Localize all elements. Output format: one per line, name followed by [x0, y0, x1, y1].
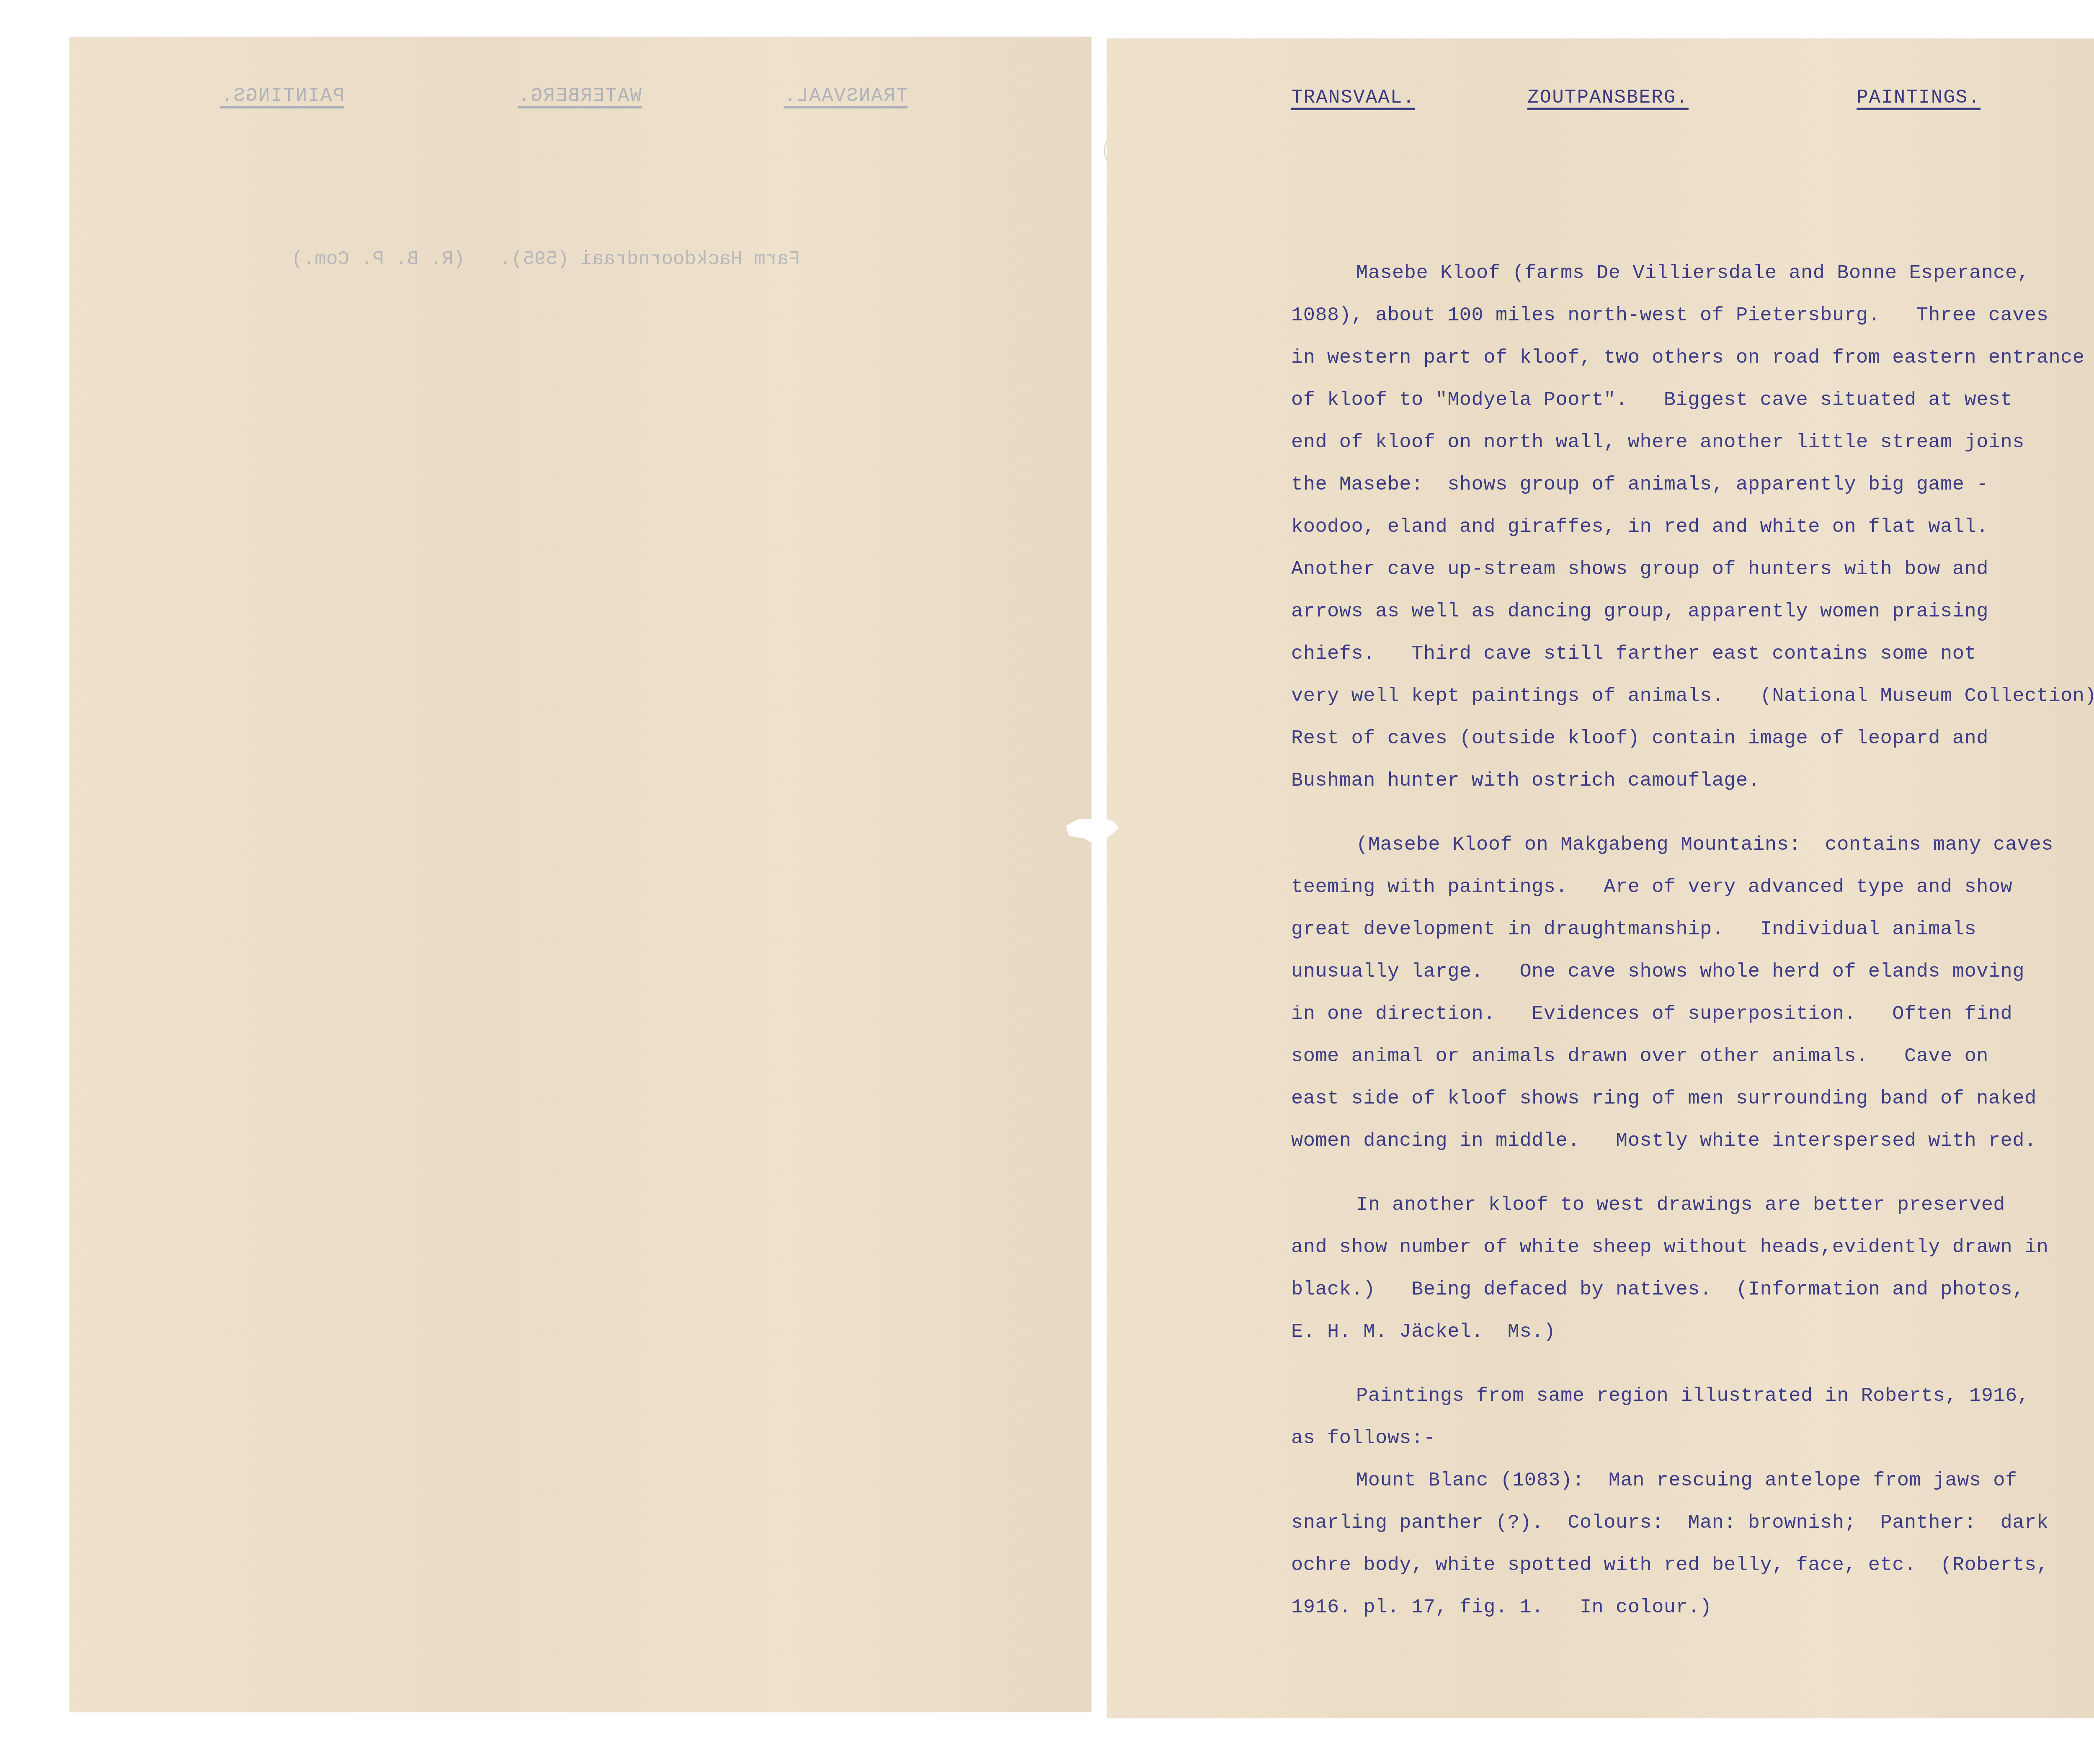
text-line: in one direction. Evidences of superposi…	[1291, 993, 2094, 1035]
text-line: teeming with paintings. Are of very adva…	[1291, 866, 2094, 908]
text-line: chiefs. Third cave still farther east co…	[1291, 633, 2094, 675]
left-page-heading-row: TRANSVAAL. WATERBERG. PAINTINGS.	[70, 85, 1091, 119]
paragraph: Paintings from same region illustrated i…	[1291, 1375, 2094, 1460]
text-line: (Masebe Kloof on Makgabeng Mountains: co…	[1291, 824, 2094, 866]
paragraph: Mount Blanc (1083): Man rescuing antelop…	[1291, 1460, 2094, 1629]
text-line: of kloof to "Modyela Poort". Biggest cav…	[1291, 379, 2094, 421]
heading-district: ZOUTPANSBERG.	[1527, 87, 1689, 108]
paragraph: Masebe Kloof (farms De Villiersdale and …	[1291, 252, 2094, 802]
text-line: E. H. M. Jäckel. Ms.)	[1291, 1311, 2094, 1353]
text-line: In another kloof to west drawings are be…	[1291, 1184, 2094, 1226]
text-line: unusually large. One cave shows whole he…	[1291, 951, 2094, 993]
text-line: black.) Being defaced by natives. (Infor…	[1291, 1269, 2094, 1311]
text-line: east side of kloof shows ring of men sur…	[1291, 1078, 2094, 1120]
text-line: as follows:-	[1291, 1417, 2094, 1460]
right-page: TRANSVAAL. ZOUTPANSBERG. PAINTINGS. Mase…	[1107, 39, 2094, 1718]
text-line: women dancing in middle. Mostly white in…	[1291, 1120, 2094, 1162]
text-line: very well kept paintings of animals. (Na…	[1291, 675, 2094, 717]
left-heading-province: TRANSVAAL.	[784, 85, 908, 107]
left-heading-subject: PAINTINGS.	[220, 85, 344, 107]
text-line: end of kloof on north wall, where anothe…	[1291, 421, 2094, 464]
text-line: 1088), about 100 miles north-west of Pie…	[1291, 294, 2094, 337]
text-line: some animal or animals drawn over other …	[1291, 1035, 2094, 1078]
text-line: great development in draughtmanship. Ind…	[1291, 908, 2094, 951]
paragraph: In another kloof to west drawings are be…	[1291, 1184, 2094, 1353]
paragraph-gap	[1291, 1162, 2094, 1184]
text-line: Masebe Kloof (farms De Villiersdale and …	[1291, 252, 2094, 294]
text-line: 1916. pl. 17, fig. 1. In colour.)	[1291, 1586, 2094, 1629]
left-heading-district: WATERBERG.	[518, 85, 642, 107]
paragraph-gap	[1291, 802, 2094, 824]
text-line: Rest of caves (outside kloof) contain im…	[1291, 717, 2094, 760]
text-line: snarling panther (?). Colours: Man: brow…	[1291, 1502, 2094, 1544]
text-line: koodoo, eland and giraffes, in red and w…	[1291, 506, 2094, 548]
text-line: arrows as well as dancing group, apparen…	[1291, 591, 2094, 633]
heading-subject: PAINTINGS.	[1857, 87, 1981, 108]
text-line: Mount Blanc (1083): Man rescuing antelop…	[1291, 1460, 2094, 1502]
text-line: and show number of white sheep without h…	[1291, 1226, 2094, 1269]
text-line: the Masebe: shows group of animals, appa…	[1291, 464, 2094, 506]
text-line: Paintings from same region illustrated i…	[1291, 1375, 2094, 1417]
text-line: Bushman hunter with ostrich camouflage.	[1291, 760, 2094, 802]
left-page-bleedthrough-line: Farm Hackdoorndraai (595). (R. B. P. Com…	[291, 248, 800, 270]
heading-province: TRANSVAAL.	[1291, 87, 1415, 108]
text-line: ochre body, white spotted with red belly…	[1291, 1544, 2094, 1586]
text-line: Another cave up-stream shows group of hu…	[1291, 548, 2094, 591]
right-page-heading-row: TRANSVAAL. ZOUTPANSBERG. PAINTINGS.	[1107, 87, 2094, 120]
left-page: TRANSVAAL. WATERBERG. PAINTINGS. Farm Ha…	[70, 37, 1091, 1712]
paragraph: (Masebe Kloof on Makgabeng Mountains: co…	[1291, 824, 2094, 1162]
typed-body-text: Masebe Kloof (farms De Villiersdale and …	[1291, 252, 2094, 1629]
text-line: in western part of kloof, two others on …	[1291, 337, 2094, 379]
paragraph-gap	[1291, 1353, 2094, 1375]
